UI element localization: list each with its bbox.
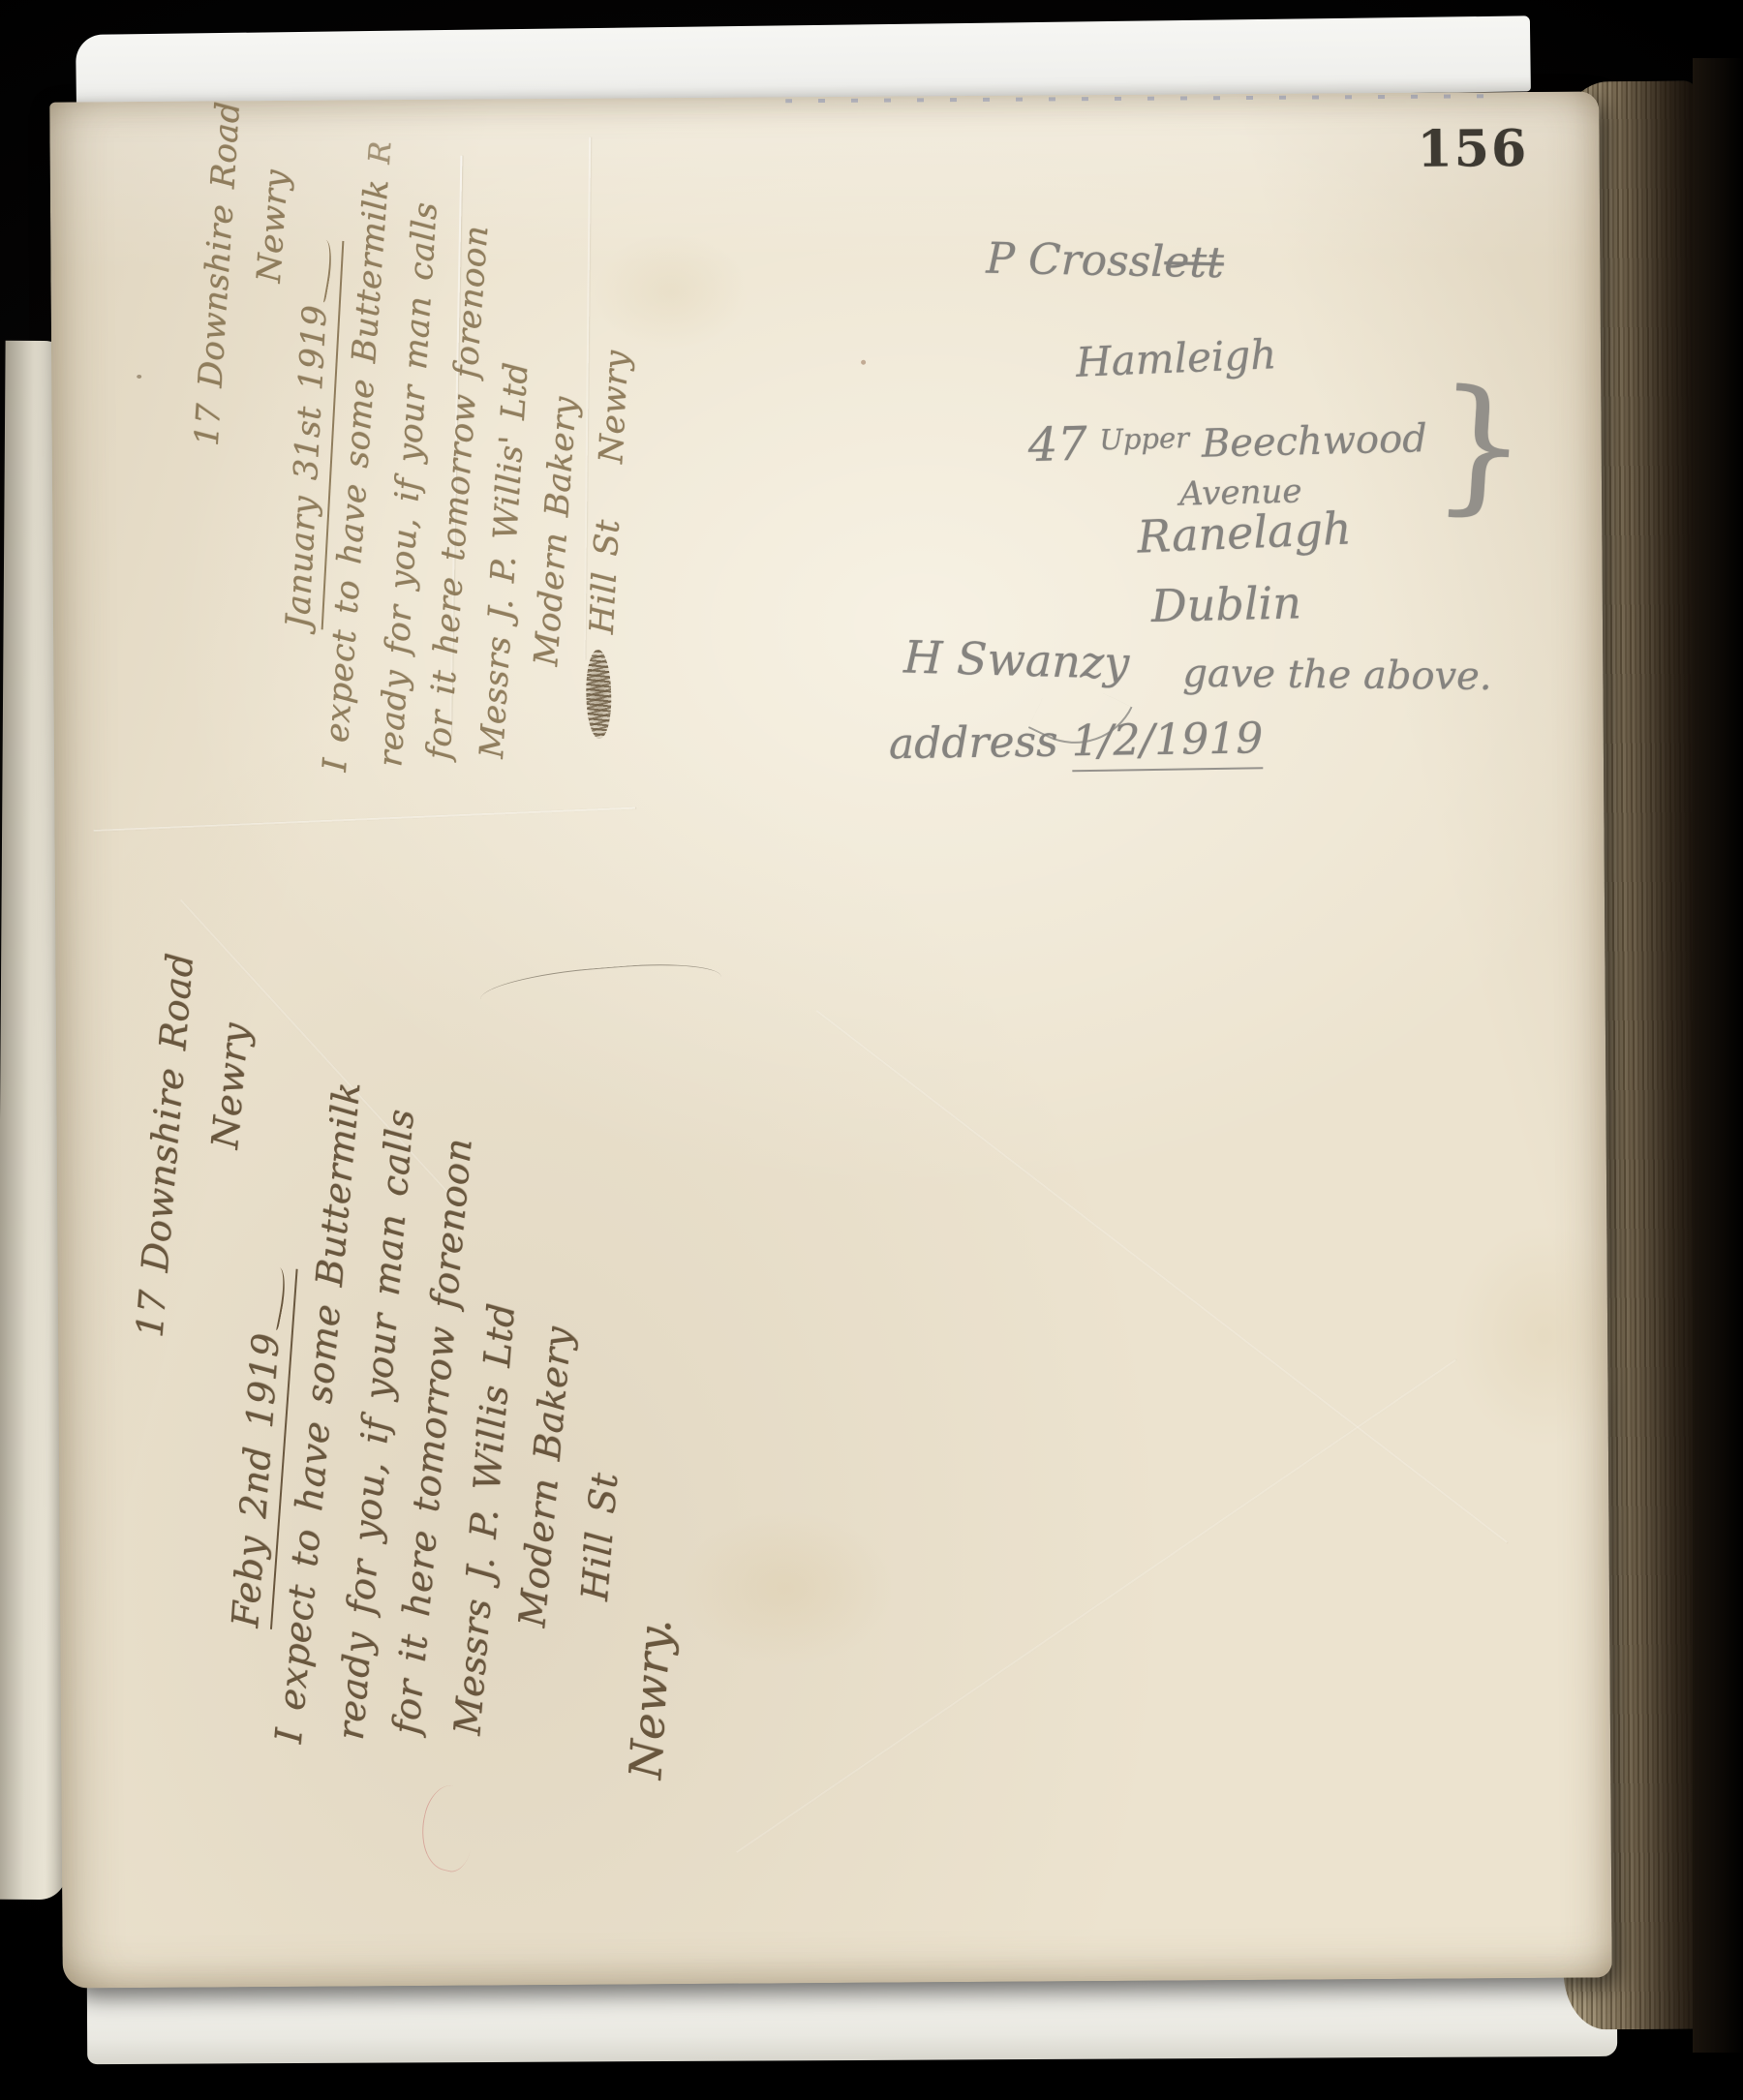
pencil-street-line: 47 Upper Beechwood [1027,409,1427,472]
attribution-prefix: address [888,716,1072,769]
pencil-city-line: Dublin [1150,576,1301,632]
pencil-district-line: Ranelagh [1136,502,1352,563]
addressee-town: Newry [592,350,636,465]
paper-crease [94,807,636,832]
paper-stain [1452,1224,1637,1447]
pencil-brace-mark: } [1431,380,1531,511]
red-fibre [413,1781,484,1875]
street-number: 47 [1027,417,1087,472]
street-word-beechwood: Beechwood [1201,416,1427,467]
letter-draft-february: 17 Downshire Road Newry Feby 2nd 1919 I … [78,947,799,1795]
paper-speck [137,375,141,379]
street-word-upper: Upper [1099,421,1189,456]
attribution-date: 1/2/1919 [1071,714,1263,772]
scanned-letterbook-photo: 156 P Crosslett Hamleigh 47 Upper Beechw… [0,0,1743,2100]
addressee-street: Hill St [583,518,627,635]
body-flourish: R [363,140,399,166]
ink-scribble [585,649,613,739]
pencil-attribution-text: gave the above. [1182,652,1492,699]
page-number: 156 [1417,118,1591,178]
paper-speck [861,360,866,365]
book-cover [1693,58,1743,2053]
pencil-name-text: P Crossl [986,234,1165,288]
pencil-house-name: Hamleigh [1075,330,1277,386]
pencil-attribution-date-line: address 1/2/1919 [888,714,1263,769]
letterbook-page: 156 P Crosslett Hamleigh 47 Upper Beechw… [49,91,1612,1988]
pencil-attribution-name: H Swanzy [903,630,1130,688]
blotter-sheet-bottom-edge [87,1973,1617,2064]
pencil-name-line: P Crosslett [986,234,1224,289]
pencil-name-struck-text: ett [1164,237,1224,288]
binding-stitch-marks [785,94,1492,103]
paper-crease [816,1010,1508,1543]
letter-draft-january: 17 Downshire Road Newry January 31st 191… [153,96,694,805]
